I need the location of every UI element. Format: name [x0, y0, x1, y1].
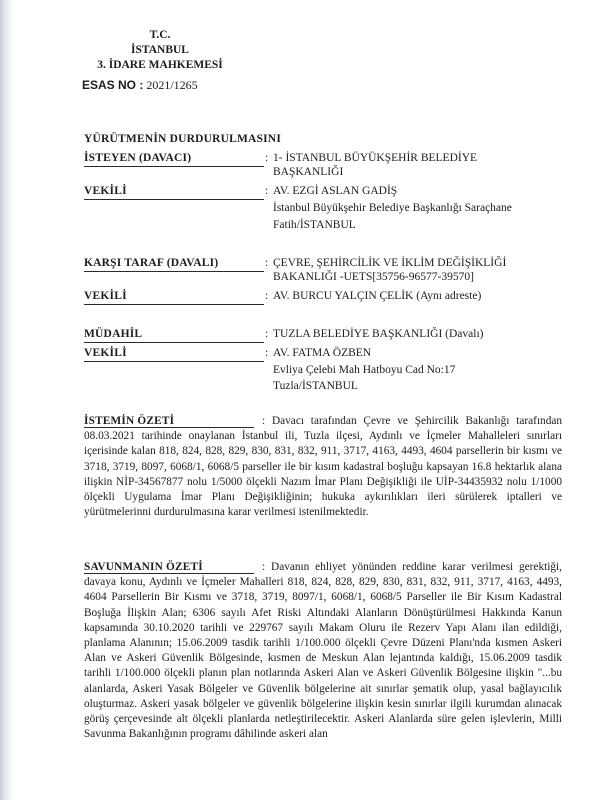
party-label: VEKİLİ: [84, 346, 264, 362]
case-number-value: 2021/1265: [146, 78, 197, 92]
party-colon: :: [265, 346, 268, 360]
section-title: YÜRÜTMENİN DURDURULMASINI: [84, 133, 281, 145]
claim-summary: İSTEMİN ÖZETİ: Davacı tarafından Çevre v…: [84, 414, 562, 520]
defense-summary-colon: :: [262, 561, 265, 573]
party-value: AV. EZGİ ASLAN GADİŞ İstanbul Büyükşehir…: [273, 184, 563, 232]
party-value-line: AV. FATMA ÖZBEN: [273, 346, 563, 360]
party-value-line: AV. EZGİ ASLAN GADİŞ: [273, 184, 563, 198]
party-value-line: Fatih/İSTANBUL: [273, 218, 563, 232]
party-value-line: ÇEVRE, ŞEHİRCİLİK VE İKLİM DEĞİŞİKLİĞİ: [273, 256, 563, 270]
court-header: T.C. İSTANBUL 3. İDARE MAHKEMESİ: [80, 28, 240, 73]
party-colon: :: [265, 151, 268, 165]
case-number: ESAS NO : 2021/1265: [82, 78, 198, 93]
party-colon: :: [265, 184, 268, 198]
party-value: TUZLA BELEDİYE BAŞKANLIĞI (Davalı): [273, 327, 563, 341]
party-value-line: BAKANLIĞI -UETS[35756-96577-39570]: [273, 270, 563, 284]
party-label: İSTEYEN (DAVACI): [84, 151, 264, 167]
party-value: AV. FATMA ÖZBEN Evliya Çelebi Mah Hatboy…: [273, 346, 563, 393]
claim-summary-text: Davacı tarafından Çevre ve Şehircilik Ba…: [84, 415, 562, 518]
party-label: VEKİLİ: [84, 184, 264, 200]
defense-summary: SAVUNMANIN ÖZETİ: Davanın ehliyet yönünd…: [84, 560, 562, 742]
party-colon: :: [265, 327, 268, 341]
case-number-label: ESAS NO :: [82, 78, 143, 92]
court-header-line: T.C.: [80, 28, 240, 43]
claim-summary-colon: :: [262, 415, 265, 427]
party-value-line: AV. BURCU YALÇIN ÇELİK (Aynı adreste): [273, 289, 563, 303]
party-label: VEKİLİ: [84, 289, 264, 305]
party-label: MÜDAHİL: [84, 327, 264, 343]
party-value: AV. BURCU YALÇIN ÇELİK (Aynı adreste): [273, 289, 563, 303]
party-label: KARŞI TARAF (DAVALI): [84, 256, 264, 272]
party-value-line: 1- İSTANBUL BÜYÜKŞEHİR BELEDİYE: [273, 151, 563, 165]
defense-summary-label: SAVUNMANIN ÖZETİ: [84, 561, 254, 574]
party-value: ÇEVRE, ŞEHİRCİLİK VE İKLİM DEĞİŞİKLİĞİ B…: [273, 256, 563, 284]
party-value-line: Tuzla/İSTANBUL: [273, 379, 563, 393]
claim-summary-label: İSTEMİN ÖZETİ: [84, 415, 254, 428]
court-header-line: 3. İDARE MAHKEMESİ: [80, 58, 240, 73]
party-value-line: İstanbul Büyükşehir Belediye Başkanlığı …: [273, 201, 563, 215]
party-value-line: Evliya Çelebi Mah Hatboyu Cad No:17: [273, 363, 563, 377]
party-colon: :: [265, 256, 268, 270]
party-value: 1- İSTANBUL BÜYÜKŞEHİR BELEDİYE BAŞKANLI…: [273, 151, 563, 179]
document-page: T.C. İSTANBUL 3. İDARE MAHKEMESİ ESAS NO…: [0, 0, 599, 800]
party-value-line: BAŞKANLIĞI: [273, 165, 563, 179]
defense-summary-text: Davanın ehliyet yönünden reddine karar v…: [84, 561, 562, 740]
party-colon: :: [265, 289, 268, 303]
party-value-line: TUZLA BELEDİYE BAŞKANLIĞI (Davalı): [273, 327, 563, 341]
court-header-line: İSTANBUL: [80, 43, 240, 58]
